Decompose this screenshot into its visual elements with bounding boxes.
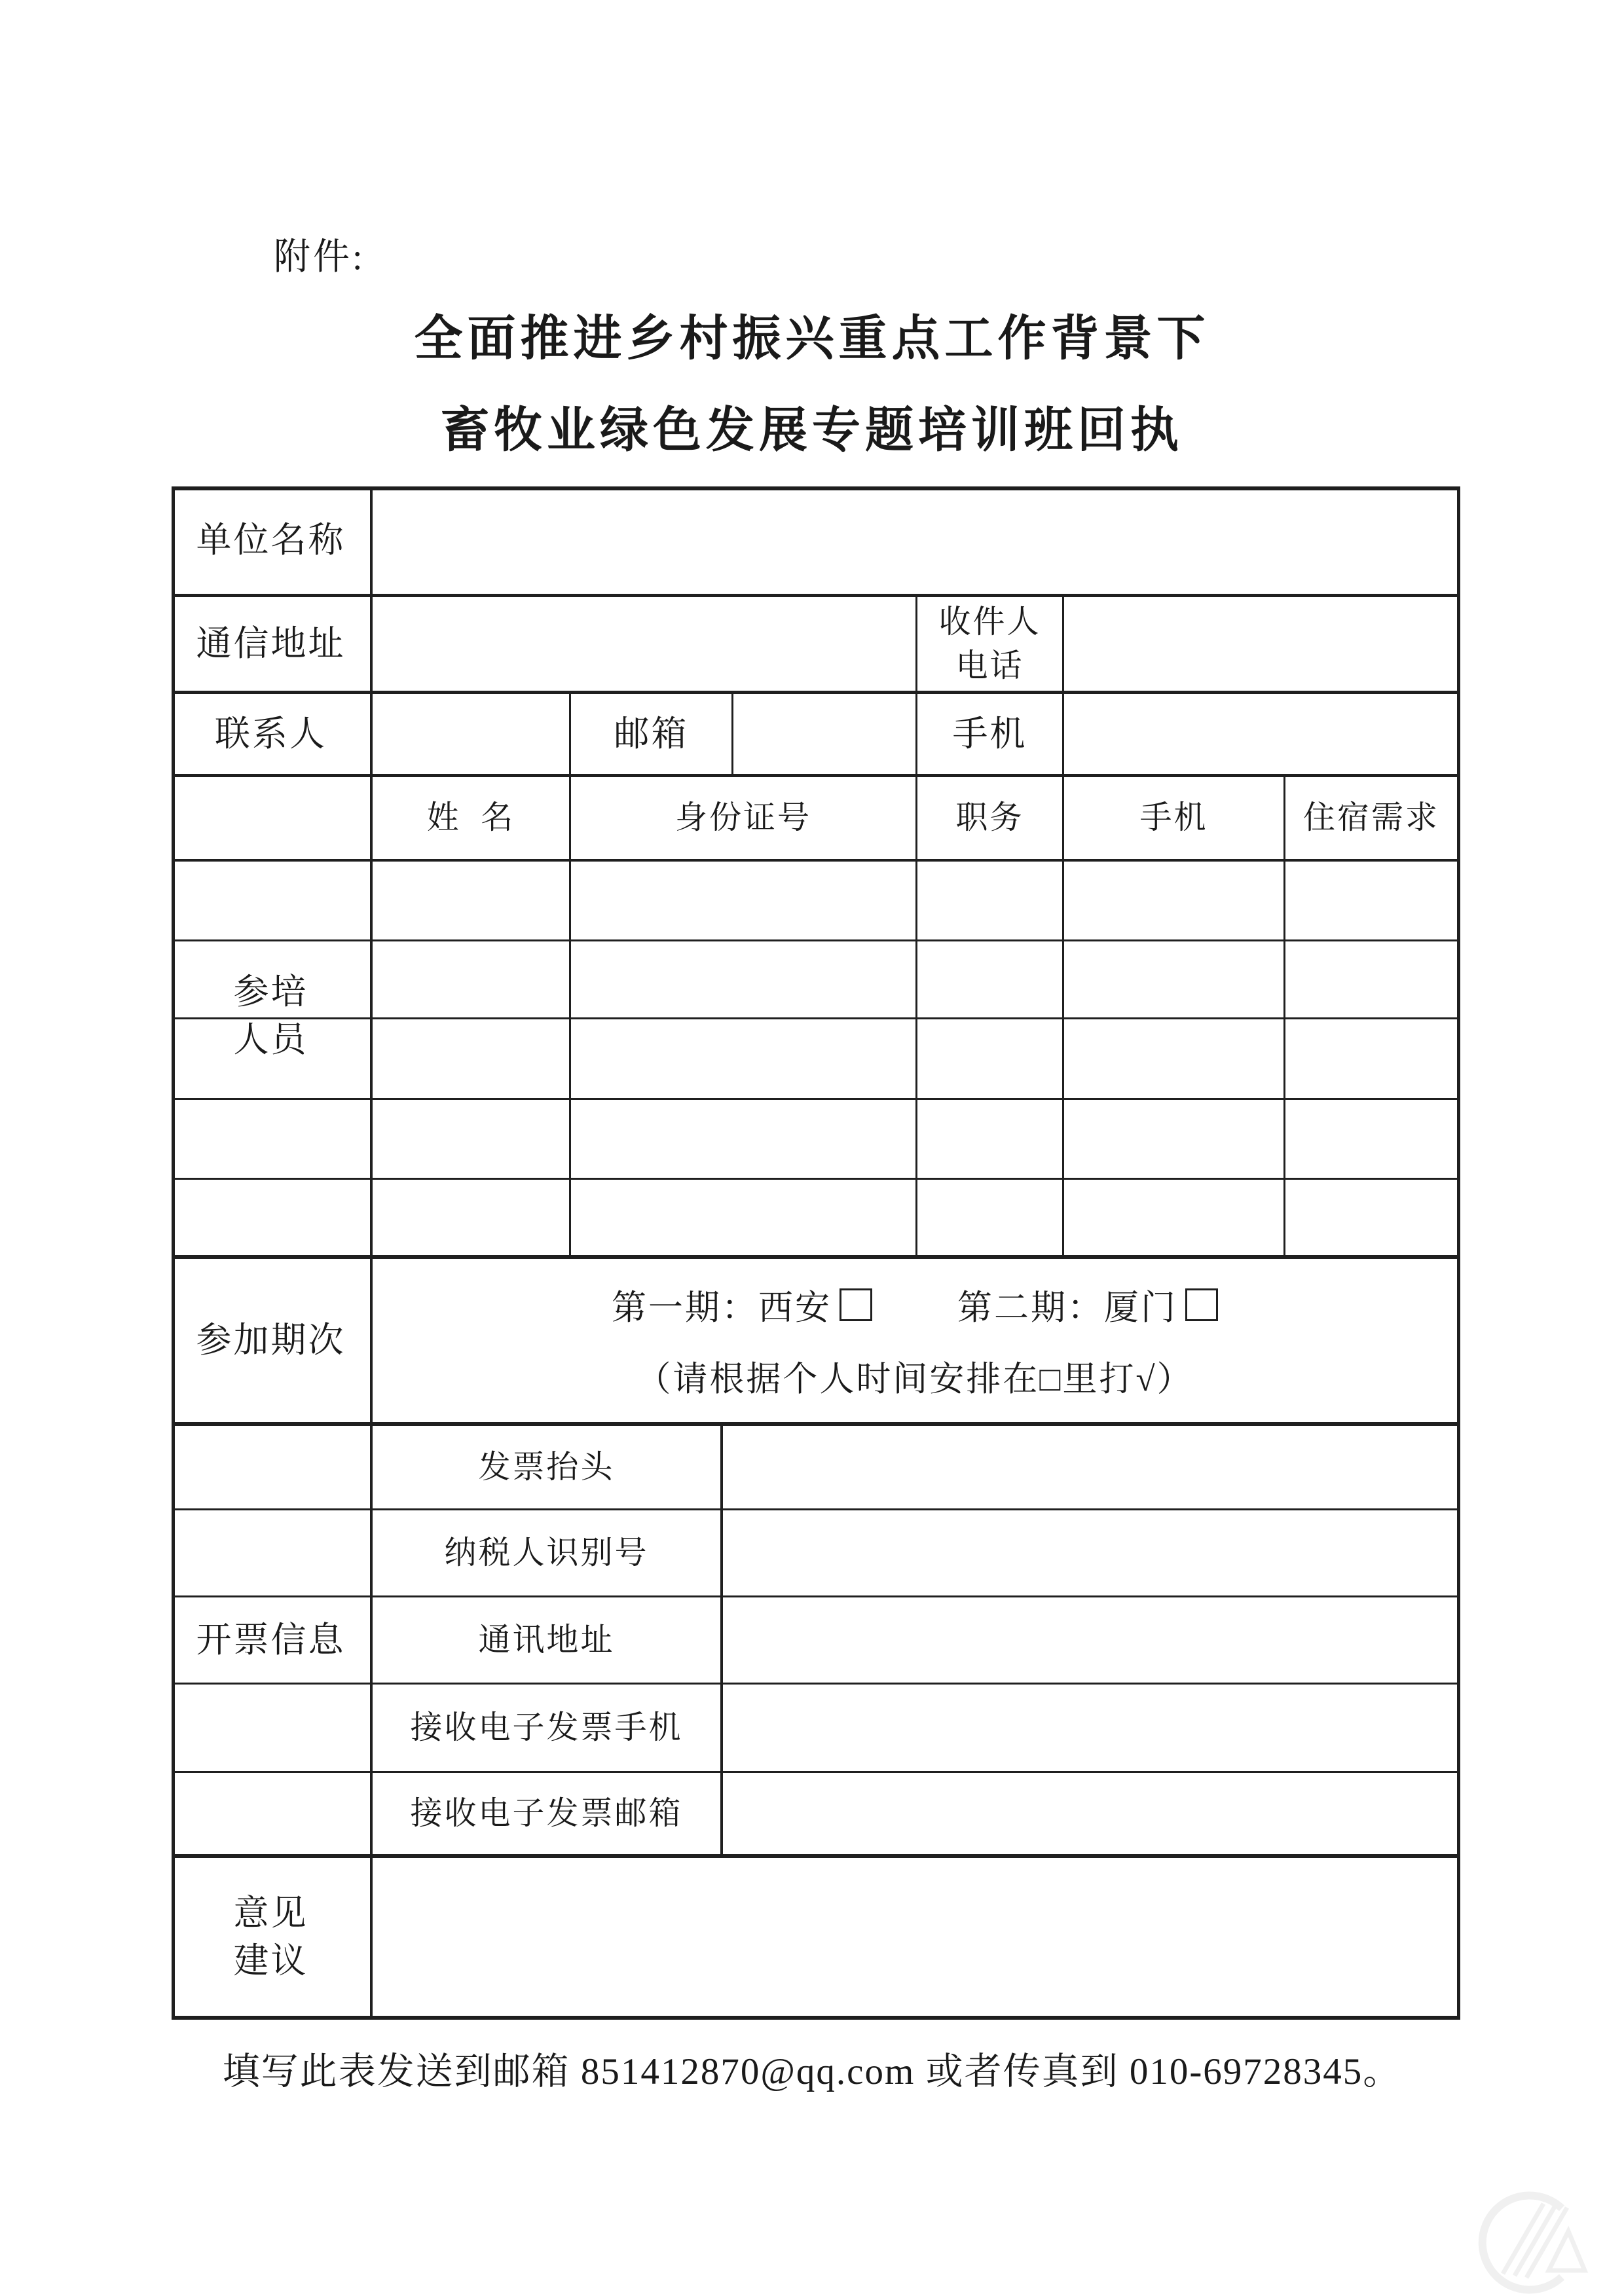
watermark-logo-icon xyxy=(1464,2185,1595,2296)
invoice-phone-label: 接收电子发票手机 xyxy=(373,1685,720,1771)
invoice-address-input[interactable] xyxy=(723,1597,1457,1683)
invoice-taxid-input[interactable] xyxy=(723,1510,1457,1595)
session-option1-label: 第一期：西安 xyxy=(612,1280,832,1330)
mailing-address-input[interactable] xyxy=(373,597,915,691)
recipient-phone-label: 收件人 电话 xyxy=(917,597,1062,691)
participant-cell-r4-position[interactable] xyxy=(917,1100,1062,1178)
participants-label: 参培 人员 xyxy=(172,777,370,1255)
participant-cell-r4-mobile[interactable] xyxy=(1064,1100,1283,1178)
participants-header-position: 职务 xyxy=(917,777,1062,859)
participant-cell-r5-position[interactable] xyxy=(917,1180,1062,1255)
participants-header-lodging: 住宿需求 xyxy=(1285,777,1457,859)
session-label: 参加期次 xyxy=(172,1259,370,1422)
participant-cell-r2-id[interactable] xyxy=(571,941,915,1017)
comments-label-line1: 意见 xyxy=(234,1889,308,1937)
participants-header-name: 姓 名 xyxy=(373,777,569,859)
recipient-phone-label-line2: 电话 xyxy=(955,644,1024,687)
grid-line-v xyxy=(1457,486,1460,2020)
participants-header-mobile: 手机 xyxy=(1064,777,1283,859)
participant-cell-r1-name[interactable] xyxy=(373,862,569,939)
recipient-phone-input[interactable] xyxy=(1064,597,1457,691)
form-title-line2: 畜牧业绿色发展专题培训班回执 xyxy=(0,392,1624,461)
unit-name-input[interactable] xyxy=(373,486,1457,594)
participant-cell-r5-lodging[interactable] xyxy=(1285,1180,1457,1255)
invoice-phone-input[interactable] xyxy=(723,1685,1457,1771)
participant-cell-r2-position[interactable] xyxy=(917,941,1062,1017)
recipient-phone-label-line1: 收件人 xyxy=(938,600,1041,644)
participants-label-line1: 参培 xyxy=(234,968,308,1016)
comments-input[interactable] xyxy=(373,1858,1457,2016)
contact-mobile-input[interactable] xyxy=(1064,694,1457,774)
participants-header-id: 身份证号 xyxy=(571,777,915,859)
participant-cell-r5-name[interactable] xyxy=(373,1180,569,1255)
contact-label: 联系人 xyxy=(172,694,370,774)
mailing-address-label: 通信地址 xyxy=(172,597,370,691)
invoice-taxid-label: 纳税人识别号 xyxy=(373,1510,720,1595)
contact-email-input[interactable] xyxy=(733,694,915,774)
invoice-title-input[interactable] xyxy=(723,1426,1457,1508)
session-option2-label: 第二期：厦门 xyxy=(957,1280,1177,1330)
session-options-line: 第一期：西安 第二期：厦门 xyxy=(612,1280,1218,1330)
registration-table: 单位名称 通信地址 收件人 电话 联系人 邮箱 手机 参培 人员 姓 名 身份证… xyxy=(172,486,1460,2020)
invoice-title-label: 发票抬头 xyxy=(373,1426,720,1508)
participant-cell-r1-lodging[interactable] xyxy=(1285,862,1457,939)
invoice-label: 开票信息 xyxy=(172,1426,370,1854)
session-options: 第一期：西安 第二期：厦门 （请根据个人时间安排在□里打√） xyxy=(373,1259,1457,1422)
participant-cell-r5-mobile[interactable] xyxy=(1064,1180,1283,1255)
participants-label-line2: 人员 xyxy=(234,1016,308,1064)
invoice-address-label: 通讯地址 xyxy=(373,1597,720,1683)
participant-cell-r4-id[interactable] xyxy=(571,1100,915,1178)
footer-note: 填写此表发送到邮箱 851412870@qq.com 或者传真到 010-697… xyxy=(0,2041,1624,2095)
participant-cell-r2-name[interactable] xyxy=(373,941,569,1017)
form-title-line1: 全面推进乡村振兴重点工作背景下 xyxy=(0,300,1624,369)
contact-mobile-label: 手机 xyxy=(917,694,1062,774)
unit-name-label: 单位名称 xyxy=(172,486,370,594)
attachment-label: 附件: xyxy=(274,228,365,280)
participant-cell-r2-lodging[interactable] xyxy=(1285,941,1457,1017)
comments-label: 意见 建议 xyxy=(172,1858,370,2016)
invoice-email-input[interactable] xyxy=(723,1773,1457,1854)
scanned-form-page: 附件: 全面推进乡村振兴重点工作背景下 畜牧业绿色发展专题培训班回执 单位 xyxy=(0,0,1624,2296)
session-note: （请根据个人时间安排在□里打√） xyxy=(636,1351,1193,1401)
participant-cell-r4-name[interactable] xyxy=(373,1100,569,1178)
participant-cell-r2-mobile[interactable] xyxy=(1064,941,1283,1017)
participant-cell-r3-lodging[interactable] xyxy=(1285,1019,1457,1098)
invoice-email-label: 接收电子发票邮箱 xyxy=(373,1773,720,1854)
participant-cell-r1-mobile[interactable] xyxy=(1064,862,1283,939)
participant-cell-r3-id[interactable] xyxy=(571,1019,915,1098)
participant-cell-r3-name[interactable] xyxy=(373,1019,569,1098)
participant-cell-r1-id[interactable] xyxy=(571,862,915,939)
contact-email-label: 邮箱 xyxy=(571,694,731,774)
participant-cell-r5-id[interactable] xyxy=(571,1180,915,1255)
participant-cell-r4-lodging[interactable] xyxy=(1285,1100,1457,1178)
session-option1-checkbox[interactable] xyxy=(840,1288,872,1321)
grid-line-h xyxy=(172,2016,1460,2020)
participant-cell-r1-position[interactable] xyxy=(917,862,1062,939)
comments-label-line2: 建议 xyxy=(234,1937,308,1985)
participant-cell-r3-position[interactable] xyxy=(917,1019,1062,1098)
session-option2-checkbox[interactable] xyxy=(1185,1288,1218,1321)
contact-name-input[interactable] xyxy=(373,694,569,774)
participant-cell-r3-mobile[interactable] xyxy=(1064,1019,1283,1098)
